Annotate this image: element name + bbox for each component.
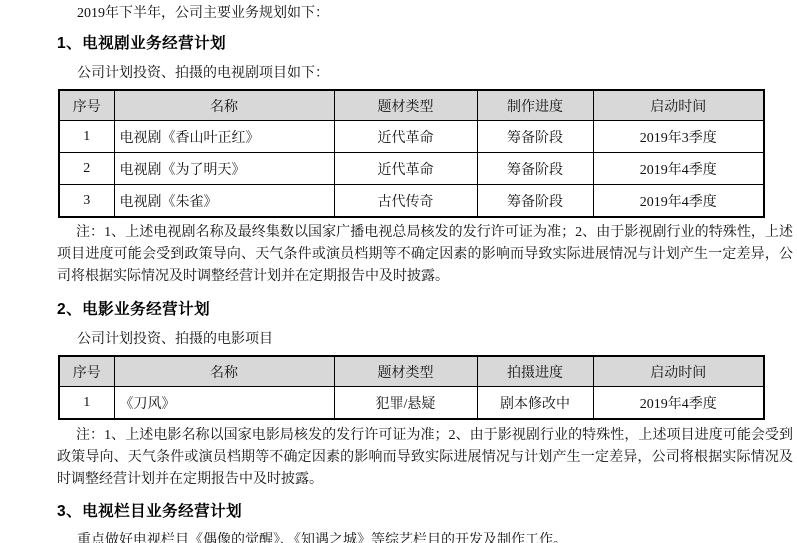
table-row: 3 电视剧《朱雀》 古代传奇 筹备阶段 2019年4季度 <box>59 185 764 218</box>
header-cell-start-time: 启动时间 <box>593 90 764 121</box>
film-table: 序号 名称 题材类型 拍摄进度 启动时间 1 《刀风》 犯罪/悬疑 剧本修改中 … <box>58 355 765 420</box>
table-header-row: 序号 名称 题材类型 制作进度 启动时间 <box>59 90 764 121</box>
header-cell-progress: 制作进度 <box>477 90 593 121</box>
cell-progress: 筹备阶段 <box>477 121 593 153</box>
section-3-heading: 3、电视栏目业务经营计划 <box>57 503 793 521</box>
cell-name: 电视剧《朱雀》 <box>114 185 334 218</box>
cell-name: 电视剧《为了明天》 <box>114 153 334 185</box>
cell-seq: 3 <box>59 185 114 218</box>
section-1-lead: 公司计划投资、拍摄的电视剧项目如下： <box>57 65 793 82</box>
cell-start-time: 2019年4季度 <box>593 185 764 218</box>
cell-progress: 剧本修改中 <box>477 387 593 420</box>
section-2-note: 注：1、上述电影名称以国家电影局核发的发行许可证为准；2、由于影视剧行业的特殊性… <box>57 425 793 491</box>
section-2-lead: 公司计划投资、拍摄的电影项目 <box>57 331 793 348</box>
table-row: 1 《刀风》 犯罪/悬疑 剧本修改中 2019年4季度 <box>59 387 764 420</box>
table-header-row: 序号 名称 题材类型 拍摄进度 启动时间 <box>59 356 764 387</box>
header-cell-seq: 序号 <box>59 356 114 387</box>
cell-seq: 2 <box>59 153 114 185</box>
header-cell-name: 名称 <box>114 90 334 121</box>
cell-genre: 古代传奇 <box>334 185 477 218</box>
intro-paragraph: 2019年下半年，公司主要业务规划如下： <box>57 5 793 22</box>
section-2-heading: 2、电影业务经营计划 <box>57 301 793 319</box>
cell-start-time: 2019年4季度 <box>593 153 764 185</box>
header-cell-seq: 序号 <box>59 90 114 121</box>
cell-name: 电视剧《香山叶正红》 <box>114 121 334 153</box>
table-row: 1 电视剧《香山叶正红》 近代革命 筹备阶段 2019年3季度 <box>59 121 764 153</box>
header-cell-shoot-progress: 拍摄进度 <box>477 356 593 387</box>
cell-seq: 1 <box>59 121 114 153</box>
header-cell-name: 名称 <box>114 356 334 387</box>
header-cell-genre: 题材类型 <box>334 356 477 387</box>
cell-name: 《刀风》 <box>114 387 334 420</box>
cell-genre: 犯罪/悬疑 <box>334 387 477 420</box>
section-1-heading: 1、电视剧业务经营计划 <box>57 35 793 53</box>
section-3-lead: 重点做好电视栏目《偶像的觉醒》、《知遇之城》等综艺栏目的开发及制作工作。 <box>57 532 793 543</box>
document-body: 2019年下半年，公司主要业务规划如下： 1、电视剧业务经营计划 公司计划投资、… <box>57 5 793 543</box>
section-1-note: 注：1、上述电视剧名称及最终集数以国家广播电视总局核发的发行许可证为准；2、由于… <box>57 222 793 288</box>
table-row: 2 电视剧《为了明天》 近代革命 筹备阶段 2019年4季度 <box>59 153 764 185</box>
cell-genre: 近代革命 <box>334 153 477 185</box>
cell-genre: 近代革命 <box>334 121 477 153</box>
cell-progress: 筹备阶段 <box>477 153 593 185</box>
cell-start-time: 2019年4季度 <box>593 387 764 420</box>
header-cell-start-time: 启动时间 <box>593 356 764 387</box>
cell-start-time: 2019年3季度 <box>593 121 764 153</box>
cell-progress: 筹备阶段 <box>477 185 593 218</box>
cell-seq: 1 <box>59 387 114 420</box>
header-cell-genre: 题材类型 <box>334 90 477 121</box>
tv-drama-table: 序号 名称 题材类型 制作进度 启动时间 1 电视剧《香山叶正红》 近代革命 筹… <box>58 89 765 218</box>
